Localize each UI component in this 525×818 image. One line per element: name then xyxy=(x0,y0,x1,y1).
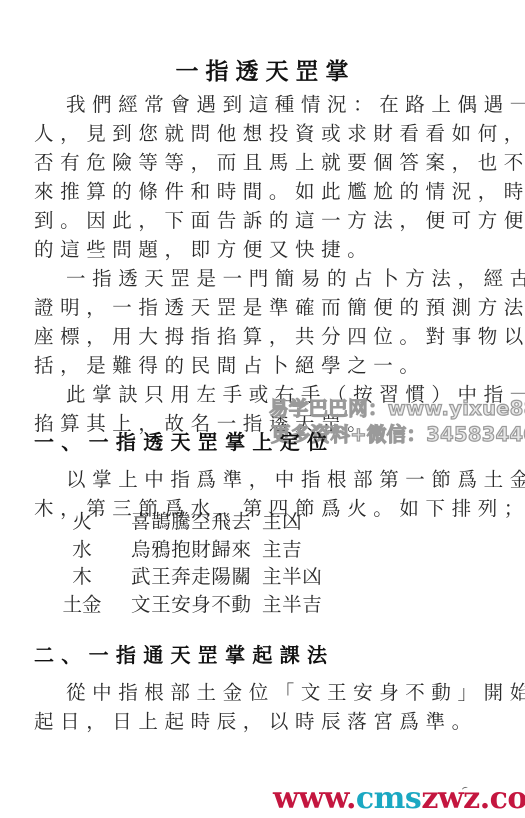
table-row: 水 烏鴉抱財歸來 主吉 xyxy=(0,536,525,564)
watermark-mid: cms xyxy=(356,781,421,816)
text-line: 的這些問題，即方便又快捷。 xyxy=(34,235,494,264)
text-line: 從中指根部土金位「文王安身不動」開始起月，月上 xyxy=(34,678,494,707)
watermark-suffix: zwz.com xyxy=(421,781,525,816)
text-line: 括，是難得的民間占卜絕學之一。 xyxy=(34,351,494,380)
element-cell: 水 xyxy=(52,536,112,564)
verse-cell: 喜鵲騰空飛去 xyxy=(131,508,252,536)
element-cell: 木 xyxy=(52,563,112,591)
watermark-cmszwz: www.cmszwz.com xyxy=(273,781,525,817)
watermark-yixue-site: 易学巴巴网：www.yixue88.cn xyxy=(269,396,525,422)
element-cell: 土金 xyxy=(52,591,112,619)
verse-cell: 武王奔走陽關 xyxy=(131,563,252,591)
watermark-prefix: www. xyxy=(273,781,356,816)
outcome-cell: 主半凶 xyxy=(262,563,322,591)
text-line: 座標，用大拇指掐算，共分四位。對事物以高度的吉凶概 xyxy=(34,322,494,351)
page-title: 一指透天罡掌 xyxy=(0,57,525,87)
table-row: 火 喜鵲騰空飛去 主凶 xyxy=(0,508,525,536)
verse-cell: 烏鴉抱財歸來 xyxy=(131,536,252,564)
section-1-heading: 一、一指透天罡掌上定位 xyxy=(34,428,334,456)
intro-paragraph-2: 一指透天罡是一門簡易的占卜方法，經古人長期實踐 證明，一指透天罡是準確而簡便的預… xyxy=(34,264,494,380)
outcome-cell: 主凶 xyxy=(262,508,302,536)
text-line: 來推算的條件和時間。如此尷尬的情況，時不時便會遇 xyxy=(34,177,494,206)
table-row: 土金 文王安身不動 主半吉 xyxy=(0,591,525,619)
text-line: 一指透天罡是一門簡易的占卜方法，經古人長期實踐 xyxy=(34,264,494,293)
text-line: 否有危險等等，而且馬上就要個答案，也不管您有無坐下 xyxy=(34,148,494,177)
text-line: 證明，一指透天罡是準確而簡便的預測方法。它以中指爲 xyxy=(34,293,494,322)
verse-cell: 文王安身不動 xyxy=(131,591,252,619)
section-2-heading: 二、一指通天罡掌起課法 xyxy=(34,641,334,669)
text-line: 到。因此，下面告訴的這一方法，便可方便我們推算以上 xyxy=(34,206,494,235)
section-2-paragraph: 從中指根部土金位「文王安身不動」開始起月，月上 起日，日上起時辰，以時辰落宮爲準… xyxy=(34,678,494,736)
text-line: 起日，日上起時辰，以時辰落宮爲準。 xyxy=(34,707,494,736)
element-cell: 火 xyxy=(52,508,112,536)
text-line: 以掌上中指爲準，中指根部第一節爲土金，第二節爲 xyxy=(34,465,494,494)
table-row: 木 武王奔走陽關 主半凶 xyxy=(0,563,525,591)
outcome-cell: 主吉 xyxy=(262,536,302,564)
outcome-cell: 主半吉 xyxy=(262,591,322,619)
text-line: 我們經常會遇到這種情況：在路上偶遇一些熟悉的 xyxy=(34,90,494,119)
text-line: 人，見到您就問他想投資或求財看看如何，父母生病看是 xyxy=(34,119,494,148)
intro-paragraph-1: 我們經常會遇到這種情況：在路上偶遇一些熟悉的 人，見到您就問他想投資或求財看看如… xyxy=(34,90,494,264)
